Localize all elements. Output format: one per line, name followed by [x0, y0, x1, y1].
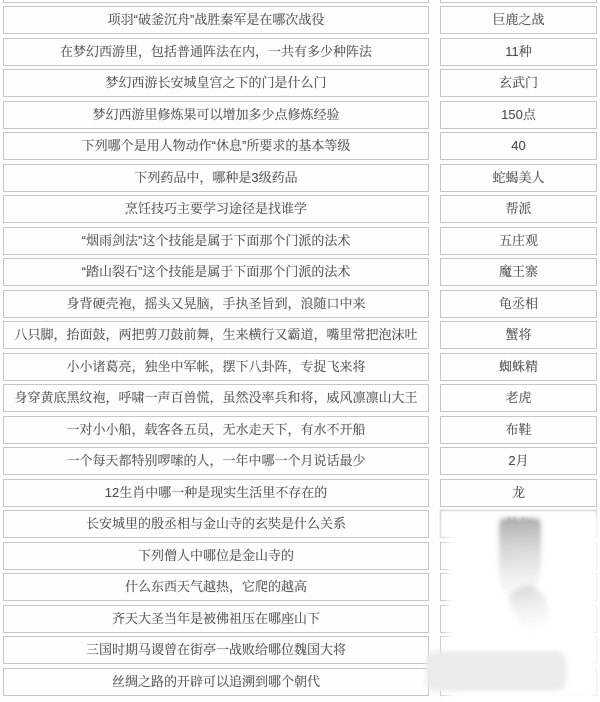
answer-cell: 帮派 — [440, 195, 597, 223]
answer-cell: 龙 — [440, 479, 597, 507]
table-row: 梦幻西游里修炼果可以增加多少点修炼经验 150点 — [3, 101, 597, 129]
qa-table: 项羽“破釜沉舟”战胜秦军是在哪次战役 巨鹿之战 在梦幻西游里，包括普通阵法在内，… — [3, 0, 597, 699]
table-row: 身背硬壳袍，摇头又晃脑，手执圣旨到，浪随口中来 龟丞相 — [3, 290, 597, 318]
table-row: 长安城里的殷丞相与金山寺的玄奘是什么关系 外公 — [3, 510, 597, 538]
question-cell: 三国时期马谡曾在街亭一战败给哪位魏国大将 — [3, 636, 429, 664]
question-cell: 梦幻西游里修炼果可以增加多少点修炼经验 — [3, 101, 429, 129]
question-cell: 一对小小船，载客各五员，无水走天下，有水不开船 — [3, 416, 429, 444]
table-row: 一对小小船，载客各五员，无水走天下，有水不开船 布鞋 — [3, 416, 597, 444]
answer-cell: 11种 — [440, 38, 597, 66]
table-row: 梦幻西游长安城皇宫之下的门是什么门 玄武门 — [3, 69, 597, 97]
question-cell: 一个每天都特别啰嗦的人，一年中哪一个月说话最少 — [3, 447, 429, 475]
answer-cell: 蟹将 — [440, 321, 597, 349]
answer-cell: 150点 — [440, 101, 597, 129]
table-row: 齐天大圣当年是被佛祖压在哪座山下 — [3, 605, 597, 633]
answer-cell-erased — [440, 605, 597, 633]
table-row: 八只脚，抬面鼓，两把剪刀鼓前舞，生来横行又霸道，嘴里常把泡沫吐 蟹将 — [3, 321, 597, 349]
answer-cell: 2月 — [440, 447, 597, 475]
answer-cell: 蜘蛛精 — [440, 353, 597, 381]
question-cell: 丝绸之路的开辟可以追溯到哪个朝代 — [3, 668, 429, 696]
question-cell: 12生肖中哪一种是现实生活里不存在的 — [3, 479, 429, 507]
table-row: 下列僧人中哪位是金山寺的 — [3, 542, 597, 570]
cutoff-answer-cell — [440, 0, 597, 3]
table-row: 烹饪技巧主要学习途径是找谁学 帮派 — [3, 195, 597, 223]
table-row: 下列药品中，哪种是3级药品 蛇蝎美人 — [3, 164, 597, 192]
table-row: “踏山裂石”这个技能是属于下面那个门派的法术 魔王寨 — [3, 258, 597, 286]
question-cell: “烟雨剑法”这个技能是属于下面那个门派的法术 — [3, 227, 429, 255]
table-row: 丝绸之路的开辟可以追溯到哪个朝代 — [3, 668, 597, 696]
table-row: 项羽“破釜沉舟”战胜秦军是在哪次战役 巨鹿之战 — [3, 6, 597, 34]
question-cell: 下列药品中，哪种是3级药品 — [3, 164, 429, 192]
table-row: 什么东西天气越热，它爬的越高 — [3, 573, 597, 601]
answer-cell-erased — [440, 668, 597, 696]
table-row: 下列哪个是用人物动作“休息”所要求的基本等级 40 — [3, 132, 597, 160]
table-row: 小小诸葛亮，独坐中军帐，摆下八卦阵，专捉飞来将 蜘蛛精 — [3, 353, 597, 381]
answer-cell: 40 — [440, 132, 597, 160]
answer-cell: 巨鹿之战 — [440, 6, 597, 34]
answer-cell-partially-erased: 外公 — [440, 510, 597, 538]
answer-cell: 布鞋 — [440, 416, 597, 444]
question-cell: 身背硬壳袍，摇头又晃脑，手执圣旨到，浪随口中来 — [3, 290, 429, 318]
cutoff-row-top — [3, 0, 597, 3]
question-cell: 小小诸葛亮，独坐中军帐，摆下八卦阵，专捉飞来将 — [3, 353, 429, 381]
question-cell: 烹饪技巧主要学习途径是找谁学 — [3, 195, 429, 223]
answer-cell: 龟丞相 — [440, 290, 597, 318]
question-cell: 什么东西天气越热，它爬的越高 — [3, 573, 429, 601]
question-cell: 梦幻西游长安城皇宫之下的门是什么门 — [3, 69, 429, 97]
table-row: 12生肖中哪一种是现实生活里不存在的 龙 — [3, 479, 597, 507]
table-row: 三国时期马谡曾在街亭一战败给哪位魏国大将 — [3, 636, 597, 664]
answer-cell: 玄武门 — [440, 69, 597, 97]
question-cell: 下列僧人中哪位是金山寺的 — [3, 542, 429, 570]
answer-cell: 蛇蝎美人 — [440, 164, 597, 192]
question-cell: 齐天大圣当年是被佛祖压在哪座山下 — [3, 605, 429, 633]
question-cell: 项羽“破釜沉舟”战胜秦军是在哪次战役 — [3, 6, 429, 34]
answer-cell-erased — [440, 573, 597, 601]
question-cell: 身穿黄底黑纹袍，呼啸一声百兽慌，虽然没率兵和将，威风凛凛山大王 — [3, 384, 429, 412]
table-row: 一个每天都特别啰嗦的人，一年中哪一个月说话最少 2月 — [3, 447, 597, 475]
table-row: 在梦幻西游里，包括普通阵法在内，一共有多少种阵法 11种 — [3, 38, 597, 66]
table-row: “烟雨剑法”这个技能是属于下面那个门派的法术 五庄观 — [3, 227, 597, 255]
answer-cell: 老虎 — [440, 384, 597, 412]
question-cell: 在梦幻西游里，包括普通阵法在内，一共有多少种阵法 — [3, 38, 429, 66]
answer-cell: 魔王寨 — [440, 258, 597, 286]
answer-cell-erased — [440, 636, 597, 664]
question-cell: 下列哪个是用人物动作“休息”所要求的基本等级 — [3, 132, 429, 160]
table-row: 身穿黄底黑纹袍，呼啸一声百兽慌，虽然没率兵和将，威风凛凛山大王 老虎 — [3, 384, 597, 412]
answer-cell-erased — [440, 542, 597, 570]
cutoff-question-cell — [3, 0, 429, 3]
question-cell: 八只脚，抬面鼓，两把剪刀鼓前舞，生来横行又霸道，嘴里常把泡沫吐 — [3, 321, 429, 349]
question-cell: “踏山裂石”这个技能是属于下面那个门派的法术 — [3, 258, 429, 286]
answer-cell: 五庄观 — [440, 227, 597, 255]
question-cell: 长安城里的殷丞相与金山寺的玄奘是什么关系 — [3, 510, 429, 538]
